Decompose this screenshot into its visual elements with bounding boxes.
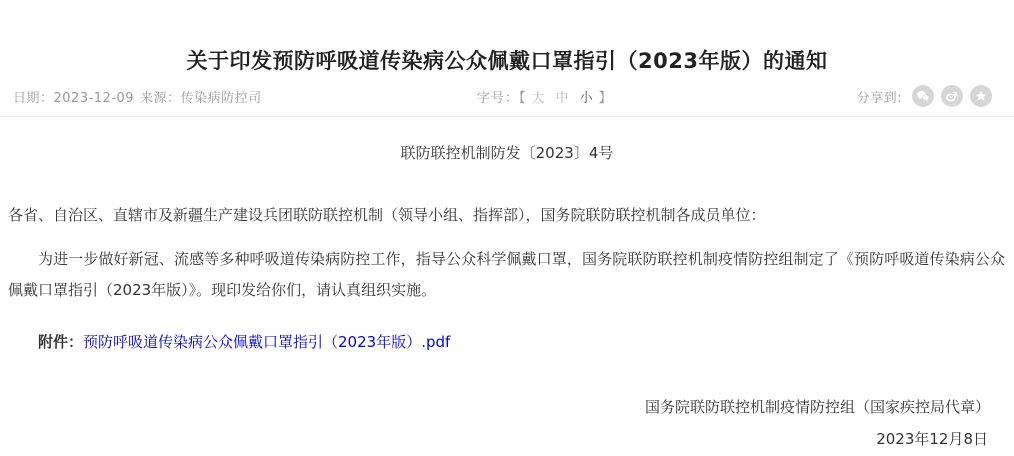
source-value: 传染病防控司: [181, 91, 262, 106]
meta-bar: 日期：2023-12-09来源：传染病防控司 字号：【大中小】 分享到:: [13, 82, 992, 110]
font-size-small-button[interactable]: 小: [580, 91, 594, 106]
wechat-share-button[interactable]: [912, 85, 934, 107]
font-size-bracket-open: 【: [519, 91, 527, 106]
font-size-label: 字号：: [477, 91, 519, 106]
notice-page: 关于印发预防呼吸道传染病公众佩戴口罩指引（2023年版）的通知 日期：2023-…: [0, 0, 1014, 456]
page-title: 关于印发预防呼吸道传染病公众佩戴口罩指引（2023年版）的通知: [0, 45, 1014, 75]
weibo-icon: [945, 89, 959, 103]
body-paragraph: 为进一步做好新冠、流感等多种呼吸道传染病防控工作，指导公众科学佩戴口罩，国务院联…: [8, 244, 1005, 306]
salutation-line: 各省、自治区、直辖市及新疆生产建设兵团联防联控机制（领导小组、指挥部），国务院联…: [8, 204, 1006, 227]
attachment-pdf-link[interactable]: 预防呼吸道传染病公众佩戴口罩指引（2023年版）.pdf: [83, 333, 450, 351]
wechat-icon: [916, 89, 930, 103]
document-number: 联防联控机制防发〔2023〕4号: [0, 142, 1014, 163]
attachment-label: 附件：: [38, 333, 83, 351]
font-size-large-button[interactable]: 大: [532, 91, 546, 106]
date-value: 2023-12-09: [54, 91, 135, 106]
date-source-info: 日期：2023-12-09来源：传染病防控司: [13, 87, 262, 106]
weibo-share-button[interactable]: [941, 85, 963, 107]
favorite-share-button[interactable]: [970, 85, 992, 107]
font-size-medium-button[interactable]: 中: [556, 91, 570, 106]
share-label: 分享到:: [857, 87, 902, 106]
meta-divider: [0, 116, 1014, 117]
source-label: 来源：: [140, 91, 181, 106]
font-size-control: 字号：【大中小】: [477, 87, 613, 106]
sign-date: 2023年12月8日: [876, 428, 988, 449]
share-bar: 分享到:: [857, 85, 992, 107]
signer-line: 国务院联防联控机制疫情防控组（国家疾控局代章）: [645, 396, 990, 417]
font-size-bracket-close: 】: [599, 91, 613, 106]
date-label: 日期：: [13, 91, 54, 106]
attachment-line: 附件：预防呼吸道传染病公众佩戴口罩指引（2023年版）.pdf: [38, 331, 450, 352]
star-icon: [974, 89, 988, 103]
